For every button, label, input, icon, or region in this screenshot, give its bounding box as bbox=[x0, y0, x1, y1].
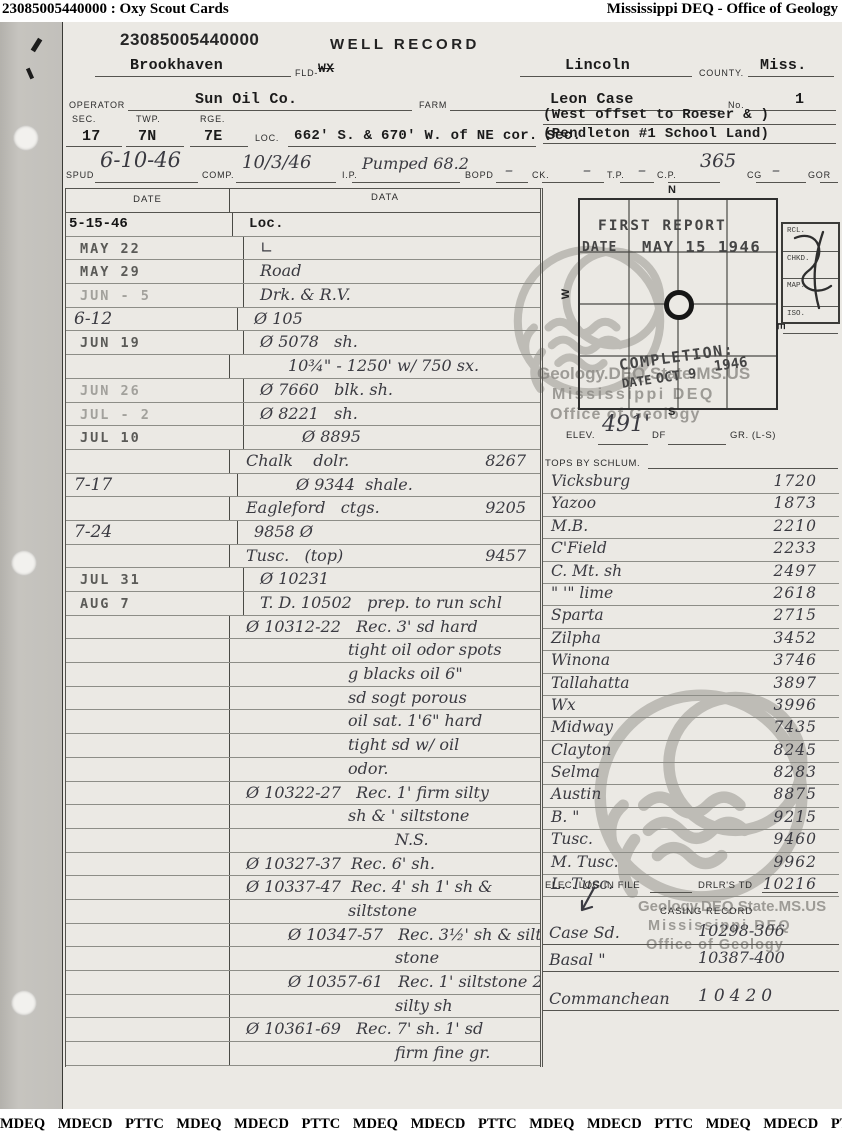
log-entry-text: Ø 10357-61 Rec. 1' siltstone 2' bbox=[230, 971, 540, 994]
formation-name: Yazoo bbox=[551, 494, 596, 512]
log-entry-text: Ø 10322-27 Rec. 1' firm silty bbox=[230, 782, 540, 805]
log-row: Ø 10357-61 Rec. 1' siltstone 2' bbox=[66, 971, 540, 995]
header-left-title: 23085005440000 : Oxy Scout Cards bbox=[2, 1, 229, 18]
cg-value: – bbox=[772, 160, 780, 179]
log-row: Chalk dolr.8267 bbox=[66, 450, 540, 474]
farm-name: Leon Case bbox=[550, 91, 634, 108]
rule-line bbox=[520, 76, 692, 77]
gr-label: GR. (L-S) bbox=[730, 430, 776, 441]
data-column-header: DATA bbox=[230, 189, 540, 212]
formation-top-row: M. Tusc.9962 bbox=[543, 853, 839, 875]
field-suffix-struck: WX bbox=[318, 61, 334, 76]
formation-top-row: " '" lime2618 bbox=[543, 584, 839, 606]
formation-name: Selma bbox=[551, 763, 600, 781]
log-row: Tusc. (top)9457 bbox=[66, 545, 540, 569]
log-entry-text: oil sat. 1'6" hard bbox=[230, 710, 540, 733]
rule-line bbox=[598, 444, 648, 445]
log-row: oil sat. 1'6" hard bbox=[66, 710, 540, 734]
well-location-symbol bbox=[664, 290, 694, 320]
log-row: JUN - 5Drk. & R.V. bbox=[66, 284, 540, 308]
casing-depth: 10420 bbox=[698, 986, 777, 1006]
cp-value: 365 bbox=[700, 150, 736, 172]
bopd-label: BOPD bbox=[463, 170, 496, 180]
formation-depth: 1720 bbox=[774, 472, 817, 490]
rule-line bbox=[756, 182, 806, 183]
rule-line bbox=[95, 182, 198, 183]
log-row: JUL 10Ø 8895 bbox=[66, 426, 540, 450]
casing-row: Basal "10387-400 bbox=[543, 945, 839, 972]
rule-line bbox=[543, 143, 836, 144]
rule-line bbox=[236, 182, 336, 183]
log-entry-text: siltstone bbox=[230, 900, 540, 923]
log-date bbox=[66, 924, 230, 947]
log-row: Ø 10327-37 Rec. 6' sh. bbox=[66, 853, 540, 877]
formation-tops-list: Vicksburg1720Yazoo1873M.B.2210C'Field223… bbox=[543, 472, 839, 897]
log-entry-text: N.S. bbox=[230, 829, 540, 852]
spud-date: 6-10-46 bbox=[100, 148, 181, 172]
log-date: JUN - 5 bbox=[66, 284, 244, 307]
log-date: 6-12 bbox=[66, 308, 238, 331]
gor-label: GOR bbox=[806, 170, 833, 180]
formation-name: Tallahatta bbox=[551, 674, 629, 692]
log-date: JUL - 2 bbox=[66, 403, 244, 426]
formation-depth: 9460 bbox=[774, 830, 817, 848]
log-row: sh & ' siltstone bbox=[66, 805, 540, 829]
log-date bbox=[66, 853, 230, 876]
rule-line bbox=[352, 182, 460, 183]
rule-line bbox=[66, 146, 122, 147]
casing-name: Commanchean bbox=[549, 989, 670, 1008]
log-date: JUL 31 bbox=[66, 568, 244, 591]
formation-depth: 2715 bbox=[774, 606, 817, 624]
log-row: stone bbox=[66, 947, 540, 971]
log-entry-depth: 9205 bbox=[485, 498, 526, 517]
log-row: 10¾" - 1250' w/ 750 sx. bbox=[66, 355, 540, 379]
completion-date-label: DATE bbox=[621, 372, 653, 391]
casing-row: Case Sd.10298-306 bbox=[543, 912, 839, 945]
tops-label: TOPS BY SCHLUM. bbox=[545, 458, 640, 469]
rule-line bbox=[496, 182, 528, 183]
elev-value: 491' bbox=[602, 412, 650, 437]
log-entry-text: Ø 7660 blk. sh. bbox=[244, 379, 540, 402]
formation-top-row: Clayton8245 bbox=[543, 741, 839, 763]
log-date bbox=[66, 947, 230, 970]
log-row: Ø 10322-27 Rec. 1' firm silty bbox=[66, 782, 540, 806]
log-date bbox=[66, 829, 230, 852]
formation-depth: 3996 bbox=[774, 696, 817, 714]
rule-line bbox=[648, 468, 838, 469]
formation-top-row: Midway7435 bbox=[543, 718, 839, 740]
cg-label: CG bbox=[745, 170, 764, 180]
first-report-date-stamp: MAY 15 1946 bbox=[642, 238, 761, 256]
log-date: 7-17 bbox=[66, 474, 238, 497]
formation-top-row: Tusc.9460 bbox=[543, 830, 839, 852]
log-date bbox=[66, 687, 230, 710]
drilling-log-table: DATE DATA 5-15-46Loc.MAY 22∟MAY 29RoadJU… bbox=[65, 188, 543, 1067]
formation-depth: 7435 bbox=[774, 718, 817, 736]
log-entry-depth: 9457 bbox=[485, 546, 526, 565]
rule-line bbox=[650, 892, 692, 893]
log-entry-text: firm fine gr. bbox=[230, 1042, 540, 1065]
log-entry-text: sd sogt porous bbox=[230, 687, 540, 710]
log-entry-text: Ø 10361-69 Rec. 7' sh. 1' sd bbox=[230, 1018, 540, 1041]
log-row: Ø 10361-69 Rec. 7' sh. 1' sd bbox=[66, 1018, 540, 1042]
log-date: MAY 22 bbox=[66, 237, 244, 260]
log-entry-text: Drk. & R.V. bbox=[244, 284, 540, 307]
log-entry-text: stone bbox=[230, 947, 540, 970]
formation-depth: 9962 bbox=[774, 853, 817, 871]
twp-label: TWP. bbox=[134, 114, 163, 124]
formation-depth: 8283 bbox=[774, 763, 817, 781]
log-row: AUG 7T. D. 10502 prep. to run schl bbox=[66, 592, 540, 616]
formation-depth: 8875 bbox=[774, 785, 817, 803]
log-date bbox=[66, 876, 230, 899]
log-date bbox=[66, 497, 230, 520]
formation-depth: 2618 bbox=[774, 584, 817, 602]
log-entry-text: T. D. 10502 prep. to run schl bbox=[244, 592, 540, 615]
log-entry-text: Ø 10337-47 Rec. 4' sh 1' sh & bbox=[230, 876, 540, 899]
formation-depth: 9215 bbox=[774, 808, 817, 826]
formation-name: Vicksburg bbox=[551, 472, 630, 490]
log-rows: 5-15-46Loc.MAY 22∟MAY 29RoadJUN - 5Drk. … bbox=[66, 213, 540, 1066]
comp-date: 10/3/46 bbox=[242, 152, 311, 173]
formation-top-row: Yazoo1873 bbox=[543, 494, 839, 516]
field-name: Brookhaven bbox=[130, 57, 223, 74]
log-row: Ø 10347-57 Rec. 3½' sh & silt- bbox=[66, 924, 540, 948]
ip-value: Pumped 68.2 bbox=[362, 154, 469, 173]
formation-top-row: Tallahatta3897 bbox=[543, 674, 839, 696]
casing-name: Basal " bbox=[549, 950, 606, 969]
county-name: Lincoln bbox=[565, 57, 630, 74]
first-report-date-label: DATE bbox=[582, 240, 617, 255]
log-date bbox=[66, 758, 230, 781]
log-entry-text: Ø 10347-57 Rec. 3½' sh & silt- bbox=[230, 924, 540, 947]
log-date bbox=[66, 663, 230, 686]
log-entry-text: Ø 10327-37 Rec. 6' sh. bbox=[230, 853, 540, 876]
sec-label: SEC. bbox=[70, 114, 98, 124]
log-entry-text: Ø 105 bbox=[238, 308, 540, 331]
formation-top-row: Wx3996 bbox=[543, 696, 839, 718]
first-report-stamp: FIRST REPORT bbox=[598, 218, 727, 234]
log-date: JUN 26 bbox=[66, 379, 244, 402]
log-entry-text: ∟ bbox=[244, 237, 540, 260]
formation-depth: 2233 bbox=[774, 539, 817, 557]
log-date bbox=[66, 710, 230, 733]
log-row: firm fine gr. bbox=[66, 1042, 540, 1066]
log-row: JUL - 2Ø 8221 sh. bbox=[66, 403, 540, 427]
tp-value: – bbox=[638, 160, 646, 179]
hole-punch bbox=[11, 550, 37, 576]
hole-punch bbox=[13, 125, 39, 151]
formation-name: Winona bbox=[551, 651, 610, 669]
offset-note-1: (West offset to Roeser & ) bbox=[543, 107, 769, 123]
log-entry-text: g blacks oil 6" bbox=[230, 663, 540, 686]
rule-line bbox=[128, 110, 412, 111]
formation-depth: 3897 bbox=[774, 674, 817, 692]
formation-depth: 10216 bbox=[763, 875, 817, 893]
formation-top-row: B. "9215 bbox=[543, 808, 839, 830]
formation-top-row: Zilpha3452 bbox=[543, 629, 839, 651]
log-entry-text: tight sd w/ oil bbox=[230, 734, 540, 757]
log-date bbox=[66, 971, 230, 994]
casing-depth: 10387-400 bbox=[698, 948, 785, 967]
header-right-title: Mississippi DEQ - Office of Geology bbox=[607, 1, 838, 18]
date-column-header: DATE bbox=[66, 189, 230, 212]
loc-label: LOC. bbox=[253, 133, 281, 143]
log-date bbox=[66, 616, 230, 639]
formation-top-row: Winona3746 bbox=[543, 651, 839, 673]
log-entry-text: Road bbox=[244, 260, 540, 283]
log-date bbox=[66, 355, 230, 378]
log-entry-text: Loc. bbox=[233, 213, 540, 236]
log-row: JUN 26Ø 7660 blk. sh. bbox=[66, 379, 540, 403]
log-date bbox=[66, 995, 230, 1018]
formation-name: Zilpha bbox=[551, 629, 601, 647]
twp-value: 7N bbox=[138, 128, 157, 145]
log-row: odor. bbox=[66, 758, 540, 782]
log-entry-text: Ø 10312-22 Rec. 3' sd hard bbox=[230, 616, 540, 639]
log-row: sd sogt porous bbox=[66, 687, 540, 711]
log-entry-text: Ø 8221 sh. bbox=[244, 403, 540, 426]
log-entry-depth: 8267 bbox=[485, 451, 526, 470]
cp-label: C.P. bbox=[655, 170, 679, 180]
log-entry-text: Ø 8895 bbox=[244, 426, 540, 449]
rule-line bbox=[668, 182, 720, 183]
log-row: siltstone bbox=[66, 900, 540, 924]
rule-line bbox=[288, 146, 536, 147]
log-date: 5-15-46 bbox=[66, 213, 233, 236]
hole-punch bbox=[11, 990, 37, 1016]
well-no-value: 1 bbox=[795, 91, 804, 108]
county-label: COUNTY. bbox=[697, 68, 746, 78]
log-row: JUL 31Ø 10231 bbox=[66, 568, 540, 592]
log-date bbox=[66, 782, 230, 805]
log-date bbox=[66, 639, 230, 662]
rge-label: RGE. bbox=[198, 114, 227, 124]
log-row: 7-17Ø 9344 shale. bbox=[66, 474, 540, 498]
checked-scribble bbox=[785, 226, 835, 316]
log-row: 6-12Ø 105 bbox=[66, 308, 540, 332]
compass-south: S bbox=[668, 406, 675, 418]
drlrs-td-label: DRLR'S TD bbox=[698, 880, 753, 891]
elev-label: ELEV. bbox=[566, 430, 595, 441]
log-date bbox=[66, 450, 230, 473]
log-date bbox=[66, 1042, 230, 1065]
formation-name: Austin bbox=[551, 785, 601, 803]
operator-name: Sun Oil Co. bbox=[195, 91, 297, 108]
log-row: Ø 10312-22 Rec. 3' sd hard bbox=[66, 616, 540, 640]
log-row: g blacks oil 6" bbox=[66, 663, 540, 687]
formation-name: M. Tusc. bbox=[551, 853, 619, 871]
casing-row: Commanchean10420 bbox=[543, 972, 839, 1011]
log-row: silty sh bbox=[66, 995, 540, 1019]
formation-name: M.B. bbox=[551, 517, 588, 535]
log-row: Eagleford ctgs.9205 bbox=[66, 497, 540, 521]
formation-name: Midway bbox=[551, 718, 613, 736]
rule-line bbox=[543, 124, 836, 125]
state-name: Miss. bbox=[760, 57, 807, 74]
log-date: 7-24 bbox=[66, 521, 238, 544]
log-row: tight sd w/ oil bbox=[66, 734, 540, 758]
log-row: 7-249858 Ø bbox=[66, 521, 540, 545]
formation-top-row: Selma8283 bbox=[543, 763, 839, 785]
spud-label: SPUD bbox=[64, 170, 96, 180]
formation-depth: 1873 bbox=[774, 494, 817, 512]
sec-value: 17 bbox=[82, 128, 101, 145]
log-date bbox=[66, 1018, 230, 1041]
ip-label: I.P. bbox=[340, 170, 360, 180]
log-entry-text: silty sh bbox=[230, 995, 540, 1018]
formation-depth: 2210 bbox=[774, 517, 817, 535]
viewer-footer: MDEQ MDECD PTTC MDEQ MDECD PTTC MDEQ MDE… bbox=[0, 1110, 842, 1135]
log-row: MAY 29Road bbox=[66, 260, 540, 284]
formation-depth: 3746 bbox=[774, 651, 817, 669]
casing-name: Case Sd. bbox=[549, 923, 620, 942]
rule-line bbox=[95, 76, 291, 77]
log-date: JUN 19 bbox=[66, 331, 244, 354]
formation-top-row: Vicksburg1720 bbox=[543, 472, 839, 494]
formation-depth: 3452 bbox=[774, 629, 817, 647]
log-date bbox=[66, 734, 230, 757]
rule-line bbox=[620, 182, 654, 183]
formation-name: Sparta bbox=[551, 606, 604, 624]
formation-name: Tusc. bbox=[551, 830, 593, 848]
log-row: 5-15-46Loc. bbox=[66, 213, 540, 237]
farm-label: FARM bbox=[417, 100, 449, 110]
log-entry-text: tight oil odor spots bbox=[230, 639, 540, 662]
formation-name: Clayton bbox=[551, 741, 611, 759]
rule-line bbox=[668, 444, 726, 445]
rule-line bbox=[748, 76, 834, 77]
log-entry-text: odor. bbox=[230, 758, 540, 781]
tp-label: T.P. bbox=[605, 170, 627, 180]
rule-line bbox=[190, 146, 248, 147]
log-date bbox=[66, 900, 230, 923]
formation-top-row: Sparta2715 bbox=[543, 606, 839, 628]
processing-stamp-box: RCL. CHKD. MAP. ISO. bbox=[781, 222, 840, 324]
card-title: WELL RECORD bbox=[330, 36, 480, 53]
formation-top-row: M.B.2210 bbox=[543, 517, 839, 539]
casing-record-list: Case Sd.10298-306Basal "10387-400Commanc… bbox=[543, 912, 839, 1011]
log-entry-text: 10¾" - 1250' w/ 750 sx. bbox=[230, 355, 540, 378]
field-label: FLD- bbox=[293, 68, 320, 78]
log-entry-text: 9858 Ø bbox=[238, 521, 540, 544]
log-date bbox=[66, 805, 230, 828]
rule-line bbox=[126, 146, 184, 147]
log-date bbox=[66, 545, 230, 568]
viewer-header: 23085005440000 : Oxy Scout Cards Mississ… bbox=[0, 0, 842, 22]
formation-name: B. " bbox=[551, 808, 579, 826]
formation-name: Wx bbox=[551, 696, 576, 714]
compass-north: N bbox=[668, 184, 676, 196]
log-row: tight oil odor spots bbox=[66, 639, 540, 663]
bopd-value: – bbox=[505, 160, 513, 179]
log-table-header: DATE DATA bbox=[66, 189, 540, 213]
log-row: MAY 22∟ bbox=[66, 237, 540, 261]
rule-line bbox=[542, 182, 604, 183]
log-entry-text: Ø 10231 bbox=[244, 568, 540, 591]
formation-depth: 2497 bbox=[774, 562, 817, 580]
rule-line bbox=[762, 892, 838, 893]
comp-label: COMP. bbox=[200, 170, 236, 180]
log-entry-text: Ø 5078 sh. bbox=[244, 331, 540, 354]
log-entry-text: Ø 9344 shale. bbox=[238, 474, 540, 497]
compass-west: W bbox=[560, 289, 572, 299]
formation-depth: 8245 bbox=[774, 741, 817, 759]
operator-label: OPERATOR bbox=[67, 100, 127, 110]
formation-top-row: Austin8875 bbox=[543, 785, 839, 807]
rule-line bbox=[820, 182, 838, 183]
log-entry-text: sh & ' siltstone bbox=[230, 805, 540, 828]
formation-top-row: C. Mt. sh2497 bbox=[543, 562, 839, 584]
log-row: Ø 10337-47 Rec. 4' sh 1' sh & bbox=[66, 876, 540, 900]
ck-label: CK. bbox=[530, 170, 551, 180]
loc-value: 662' S. & 670' W. of NE cor. Sec. bbox=[294, 128, 581, 144]
log-row: JUN 19Ø 5078 sh. bbox=[66, 331, 540, 355]
df-label: DF bbox=[652, 430, 666, 441]
casing-depth: 10298-306 bbox=[698, 921, 785, 940]
formation-name: C'Field bbox=[551, 539, 607, 557]
log-date: JUL 10 bbox=[66, 426, 244, 449]
log-row: N.S. bbox=[66, 829, 540, 853]
formation-name: C. Mt. sh bbox=[551, 562, 622, 580]
well-api-number: 23085005440000 bbox=[120, 30, 259, 50]
log-date: MAY 29 bbox=[66, 260, 244, 283]
formation-top-row: C'Field2233 bbox=[543, 539, 839, 561]
log-date: AUG 7 bbox=[66, 592, 244, 615]
formation-name: " '" lime bbox=[551, 584, 613, 602]
ck-value: – bbox=[583, 160, 591, 179]
rge-value: 7E bbox=[204, 128, 223, 145]
